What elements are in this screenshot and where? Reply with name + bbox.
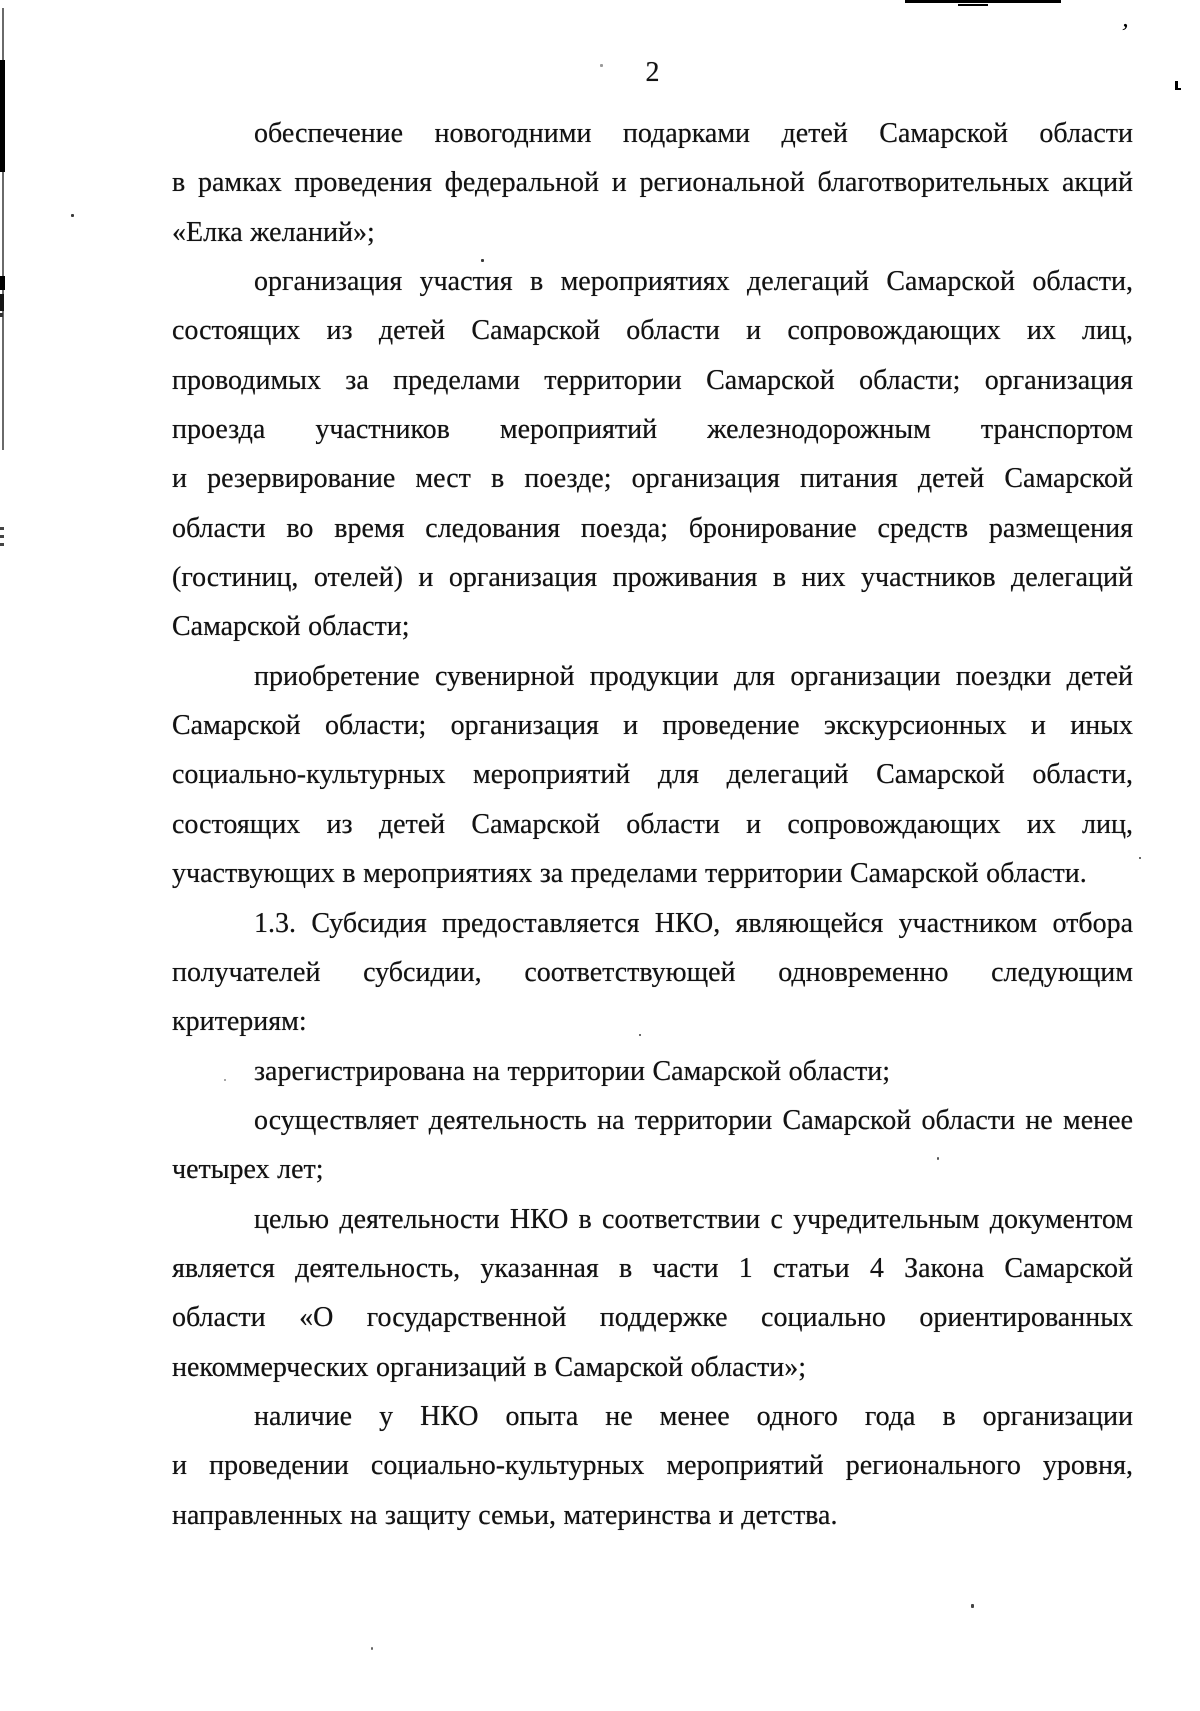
- scan-artifact-left-dash: [0, 535, 4, 538]
- scan-artifact-left-dash: [0, 527, 4, 530]
- text-line: четырех лет;: [172, 1145, 1133, 1194]
- text-line: приобретение сувенирной продукции для ор…: [172, 652, 1133, 701]
- paragraph: осуществляет деятельность на территории …: [172, 1096, 1133, 1195]
- text-line: участвующих в мероприятиях за пределами …: [172, 849, 1133, 898]
- paragraph: приобретение сувенирной продукции для ор…: [172, 652, 1133, 899]
- text-line: критериям:: [172, 997, 1133, 1046]
- text-line: и резервирование мест в поезде; организа…: [172, 454, 1133, 503]
- text-line: Самарской области;: [172, 602, 1133, 651]
- scan-artifact-left-dash: [0, 543, 4, 546]
- text-line: организация участия в мероприятиях делег…: [172, 257, 1133, 306]
- text-line: 1.3. Субсидия предоставляется НКО, являю…: [172, 899, 1133, 948]
- text-line: проезда участников мероприятий железнодо…: [172, 405, 1133, 454]
- paragraph: организация участия в мероприятиях делег…: [172, 257, 1133, 652]
- scan-artifact-tick: ’: [1118, 20, 1130, 47]
- scan-speck: [1139, 857, 1141, 859]
- scan-artifact-tick: [1175, 81, 1178, 90]
- scan-artifact-top-line: [958, 4, 988, 6]
- scan-artifact-left-mark: [0, 294, 4, 311]
- text-line: некоммерческих организаций в Самарской о…: [172, 1343, 1133, 1392]
- document-text-block: обеспечение новогодними подарками детей …: [172, 109, 1133, 1540]
- text-line: Самарской области; организация и проведе…: [172, 701, 1133, 750]
- scan-artifact-top-line: [905, 0, 1061, 3]
- text-line: состоящих из детей Самарской области и с…: [172, 306, 1133, 355]
- text-line: в рамках проведения федеральной и регион…: [172, 158, 1133, 207]
- paragraph: целью деятельности НКО в соответствии с …: [172, 1195, 1133, 1392]
- text-line: и проведении социально-культурных меропр…: [172, 1441, 1133, 1490]
- text-line: состоящих из детей Самарской области и с…: [172, 800, 1133, 849]
- text-line: проводимых за пределами территории Самар…: [172, 356, 1133, 405]
- text-line: «Елка желаний»;: [172, 208, 1133, 257]
- text-line: целью деятельности НКО в соответствии с …: [172, 1195, 1133, 1244]
- text-line: получателей субсидии, соответствующей од…: [172, 948, 1133, 997]
- text-line: социально-культурных мероприятий для дел…: [172, 750, 1133, 799]
- text-line: зарегистрирована на территории Самарской…: [172, 1047, 1133, 1096]
- scan-artifact-left-mark: [0, 276, 5, 290]
- text-line: осуществляет деятельность на территории …: [172, 1096, 1133, 1145]
- scan-speck: [971, 1604, 974, 1608]
- text-line: обеспечение новогодними подарками детей …: [172, 109, 1133, 158]
- scan-speck: [371, 1647, 373, 1650]
- scan-artifact-left-mark: [0, 313, 3, 317]
- text-line: области во время следования поезда; брон…: [172, 504, 1133, 553]
- text-line: (гостиниц, отелей) и организация прожива…: [172, 553, 1133, 602]
- text-line: наличие у НКО опыта не менее одного года…: [172, 1392, 1133, 1441]
- paragraph: наличие у НКО опыта не менее одного года…: [172, 1392, 1133, 1540]
- document-page: ’ 2 обеспечение новогодними подарками де…: [0, 0, 1200, 1711]
- paragraph: зарегистрирована на территории Самарской…: [172, 1047, 1133, 1096]
- text-line: направленных на защиту семьи, материнств…: [172, 1491, 1133, 1540]
- paragraph: обеспечение новогодними подарками детей …: [172, 109, 1133, 257]
- text-line: области «О государственной поддержке соц…: [172, 1293, 1133, 1342]
- paragraph: 1.3. Субсидия предоставляется НКО, являю…: [172, 899, 1133, 1047]
- scan-artifact-left-bar: [0, 60, 5, 172]
- text-line: является деятельность, указанная в части…: [172, 1244, 1133, 1293]
- scan-speck: [71, 214, 74, 217]
- page-number: 2: [172, 48, 1133, 97]
